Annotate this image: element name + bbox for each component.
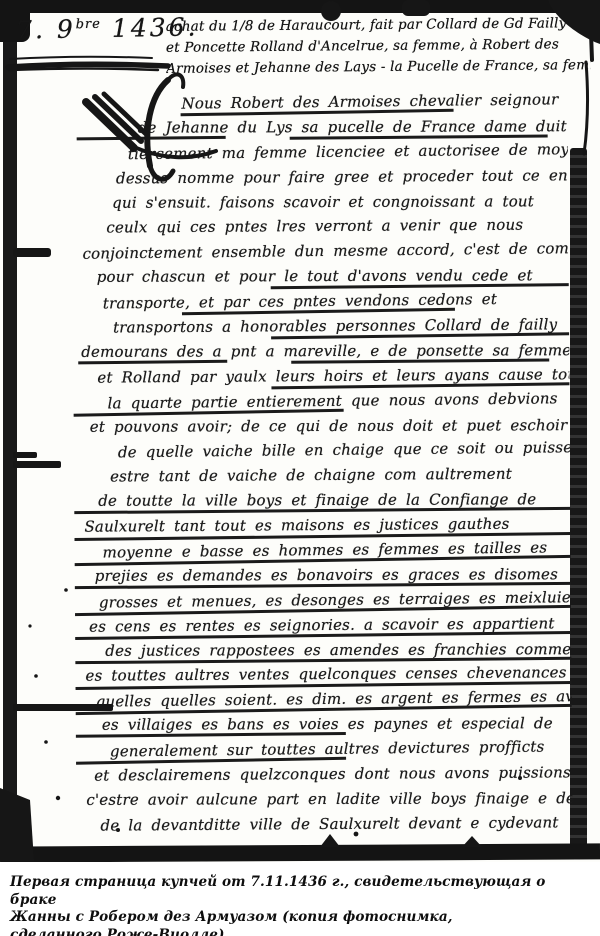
manuscript-line: qui s'ensuit. faisons scavoir et congnoi… — [72, 189, 568, 216]
manuscript-line-text: de la devantditte ville de Saulxurelt de… — [100, 813, 558, 834]
caption-line: Жанны с Робером дез Армуазом (копия фото… — [10, 909, 594, 927]
manuscript-line-text: de toutte la ville boys et finaige de la… — [98, 491, 536, 511]
manuscript-line: transportons a honorables personnes Coll… — [73, 312, 569, 340]
manuscript-line-text: generalement sur touttes aultres devictu… — [110, 738, 545, 761]
manuscript-line-text: grosses et menues, es desonges es terrai… — [99, 588, 573, 612]
date-underline-thick — [8, 64, 168, 67]
scan-border-left — [3, 6, 17, 850]
manuscript-line-text: la quarte partie entierement que nous av… — [107, 389, 557, 412]
scan-border-top — [0, 0, 600, 13]
manuscript-line-text: transportons a honorables personnes Coll… — [113, 315, 557, 336]
manuscript-line-text: de quelle vaiche bille en chaige que ce … — [118, 439, 573, 462]
date-month: 9 — [57, 15, 76, 44]
manuscript-line: et desclairemens quelzconques dont nous … — [76, 760, 572, 788]
manuscript-line-text: demourans des a pnt a mareville, e de po… — [81, 341, 571, 361]
date-underline-thin — [10, 57, 152, 59]
manuscript-line-text: conjoinctement ensemble dun mesme accord… — [82, 239, 572, 263]
manuscript-line: demourans des a pnt a mareville, e de po… — [73, 338, 569, 365]
manuscript-line-text: moyenne e basse es hommes es femmes es t… — [102, 538, 547, 561]
speck — [56, 796, 60, 800]
book-page: 7. 9bre 1436. achat du 1/8 de Haraucourt… — [0, 0, 600, 936]
manuscript-line: de Jehanne du Lys sa pucelle de France d… — [72, 114, 568, 141]
manuscript-line: es cens es rentes es seignories. a scavo… — [75, 611, 571, 639]
annotation-line: Armoises et Jehanne des Lays - la Pucell… — [166, 55, 590, 80]
manuscript-line: estre tant de vaiche de chaigne com ault… — [74, 462, 570, 490]
manuscript-line-text: et Rolland par yaulx leurs hoirs et leur… — [97, 365, 572, 386]
manuscript-line: moyenne e basse es hommes es femmes es t… — [74, 535, 570, 566]
caption: Первая страница купчей от 7.11.1436 г., … — [10, 874, 594, 936]
manuscript-line-text: transporte, et par ces pntes vendons ced… — [103, 290, 497, 312]
header-annotation: achat du 1/8 de Haraucourt, fait par Col… — [166, 13, 591, 80]
manuscript-line-text: ceulx qui ces pntes lres verront a venir… — [106, 216, 523, 237]
manuscript-line-text: prejies es demandes es bonavoirs es grac… — [95, 565, 558, 585]
manuscript-line-text: Saulxurelt tant tout es maisons es justi… — [84, 515, 509, 536]
right-edge-stroke — [590, 6, 592, 60]
manuscript-line-text: es villaiges es bans es voies es paynes … — [102, 714, 553, 734]
manuscript-line-text: des justices rappostees es amendes es fr… — [105, 640, 571, 660]
caption-line: Первая страница купчей от 7.11.1436 г., … — [10, 874, 594, 909]
manuscript-scan: 7. 9bre 1436. achat du 1/8 de Haraucourt… — [0, 0, 600, 862]
speck — [44, 740, 48, 744]
manuscript-line-text: et desclairemens quelzconques dont nous … — [94, 763, 571, 784]
caption-line: сделанного Роже-Виолле). — [10, 927, 594, 936]
manuscript-line-text: tiercement ma femme licenciee et auctori… — [128, 139, 573, 163]
manuscript-line: pour chascun et pour le tout d'avons ven… — [73, 263, 569, 290]
left-edge-blip — [13, 248, 51, 257]
manuscript-line-text: de Jehanne du Lys sa pucelle de France d… — [138, 117, 567, 136]
manuscript-line: c'estre avoir aulcune part en ladite vil… — [76, 786, 572, 813]
manuscript-line: de la devantditte ville de Saulxurelt de… — [76, 810, 572, 838]
date-month-suffix: bre — [76, 17, 101, 32]
manuscript-line-text: et pouvons avoir; de ce qui de nous doit… — [90, 416, 568, 436]
manuscript-line-text: dessus nomme pour faire gree et proceder… — [116, 165, 573, 187]
manuscript-line-text: pour chascun et pour le tout d'avons ven… — [97, 266, 533, 286]
date-day: 7. — [16, 15, 46, 45]
speck — [34, 674, 38, 678]
manuscript-line-text: quelles quelles soient. es dim. es argen… — [96, 687, 573, 711]
speck — [64, 588, 68, 592]
manuscript-line: dessus nomme pour faire gree et proceder… — [72, 163, 568, 191]
scan-border-right — [570, 148, 587, 848]
speck — [28, 624, 31, 627]
manuscript-line-text: estre tant de vaiche de chaigne com ault… — [110, 465, 512, 486]
manuscript-line-text: es touttes aultres ventes quelconques ce… — [85, 664, 566, 685]
manuscript-line-text: c'estre avoir aulcune part en ladite vil… — [86, 789, 572, 809]
manuscript-line: Nous Robert des Armoises chevalier seign… — [71, 88, 567, 117]
manuscript-line: la quarte partie entierement que nous av… — [73, 386, 569, 417]
scan-border-bottom — [0, 843, 600, 862]
date-underline-scribble — [9, 69, 158, 71]
manuscript-line: de toutte la ville boys et finaige de la… — [74, 487, 570, 514]
manuscript-line-text: es cens es rentes es seignories. a scavo… — [89, 614, 555, 635]
left-edge-blip — [13, 461, 61, 468]
manuscript-body: Nous Robert des Armoises chevalier seign… — [71, 88, 572, 843]
manuscript-line: des justices rappostees es amendes es fr… — [75, 637, 571, 664]
manuscript-line-text: Nous Robert des Armoises chevalier seign… — [181, 89, 572, 113]
manuscript-line-text: qui s'ensuit. faisons scavoir et congnoi… — [112, 192, 534, 211]
manuscript-line: prejies es demandes es bonavoirs es grac… — [75, 562, 571, 589]
